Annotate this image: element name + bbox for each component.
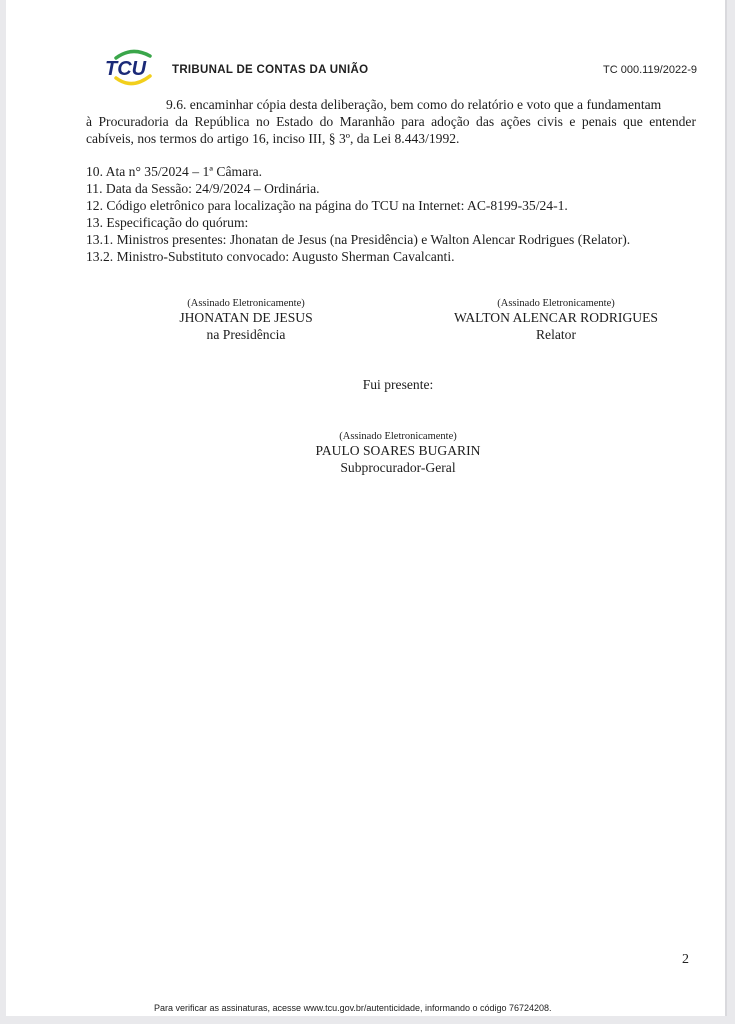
list-item: 11. Data da Sessão: 24/9/2024 – Ordinári… <box>86 180 706 197</box>
present-label: Fui presente: <box>298 377 498 393</box>
paragraph-9-6-continuation: à Procuradoria da República no Estado do… <box>86 113 696 147</box>
signature-right: (Assinado Eletronicamente) WALTON ALENCA… <box>411 297 701 344</box>
list-item: 13.1. Ministros presentes: Jhonatan de J… <box>86 231 706 248</box>
page-number: 2 <box>682 952 689 968</box>
signature-left: (Assinado Eletronicamente) JHONATAN DE J… <box>126 297 366 344</box>
signature-role: na Presidência <box>126 326 366 344</box>
signature-note: (Assinado Eletronicamente) <box>411 297 701 310</box>
paragraph-9-6-first-line: 9.6. encaminhar cópia desta deliberação,… <box>86 96 696 113</box>
list-item: 13.2. Ministro-Substituto convocado: Aug… <box>86 248 706 265</box>
tcu-logo: TCU <box>102 46 154 88</box>
signature-note: (Assinado Eletronicamente) <box>126 297 366 310</box>
list-item: 10. Ata n° 35/2024 – 1ª Câmara. <box>86 163 706 180</box>
signature-name: JHONATAN DE JESUS <box>126 310 366 326</box>
signature-role: Subprocurador-Geral <box>268 459 528 477</box>
session-info-list: 10. Ata n° 35/2024 – 1ª Câmara. 11. Data… <box>86 163 706 265</box>
signature-note: (Assinado Eletronicamente) <box>268 430 528 443</box>
paragraph-9-6: 9.6. encaminhar cópia desta deliberação,… <box>86 96 696 147</box>
process-number: TC 000.119/2022-9 <box>603 64 697 76</box>
signature-center: (Assinado Eletronicamente) PAULO SOARES … <box>268 430 528 477</box>
signature-name: WALTON ALENCAR RODRIGUES <box>411 310 701 326</box>
verification-footer: Para verificar as assinaturas, acesse ww… <box>154 1003 552 1013</box>
document-page: TCU TRIBUNAL DE CONTAS DA UNIÃO TC 000.1… <box>6 0 727 1016</box>
signature-role: Relator <box>411 326 701 344</box>
svg-text:TCU: TCU <box>105 58 147 80</box>
list-item: 13. Especificação do quórum: <box>86 214 706 231</box>
institution-name: TRIBUNAL DE CONTAS DA UNIÃO <box>172 64 368 76</box>
signature-name: PAULO SOARES BUGARIN <box>268 443 528 459</box>
list-item: 12. Código eletrônico para localização n… <box>86 197 706 214</box>
